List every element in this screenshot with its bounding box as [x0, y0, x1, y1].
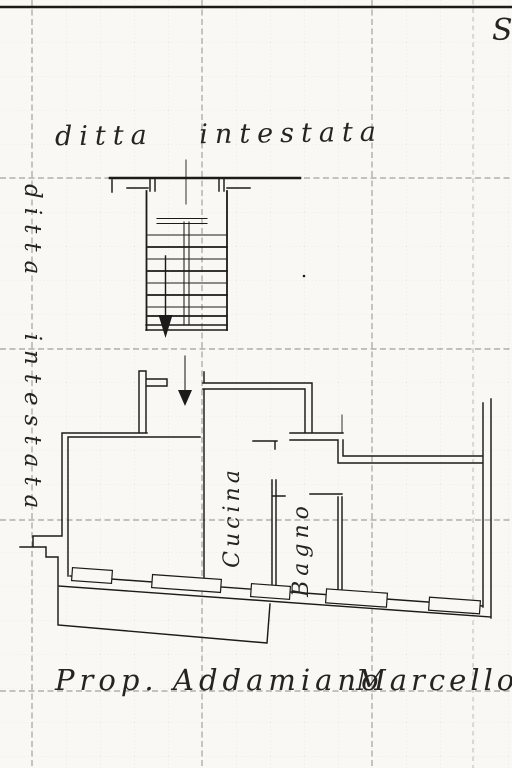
owner-line: Prop. Addamiano Marcello [0, 666, 512, 708]
room-label-bagno: Bagno [291, 501, 313, 597]
room-label-cucina: Cucina [222, 466, 244, 568]
top-right-partial-word: S [492, 16, 512, 46]
scanned-floor-plan-page: ditta intestata ditta intestata S Cucina… [0, 0, 512, 768]
floor-plan-drawing [0, 0, 512, 768]
owner-surname: Marcello [356, 666, 512, 695]
left-margin-vertical-text: ditta intestata [20, 184, 43, 517]
graph-paper [0, 0, 512, 768]
owner-name: Addamiano [173, 666, 384, 695]
owner-prefix: Prop. [55, 666, 159, 695]
heading-ditta-intestata: ditta intestata [55, 119, 383, 151]
ink-speck [303, 275, 306, 278]
